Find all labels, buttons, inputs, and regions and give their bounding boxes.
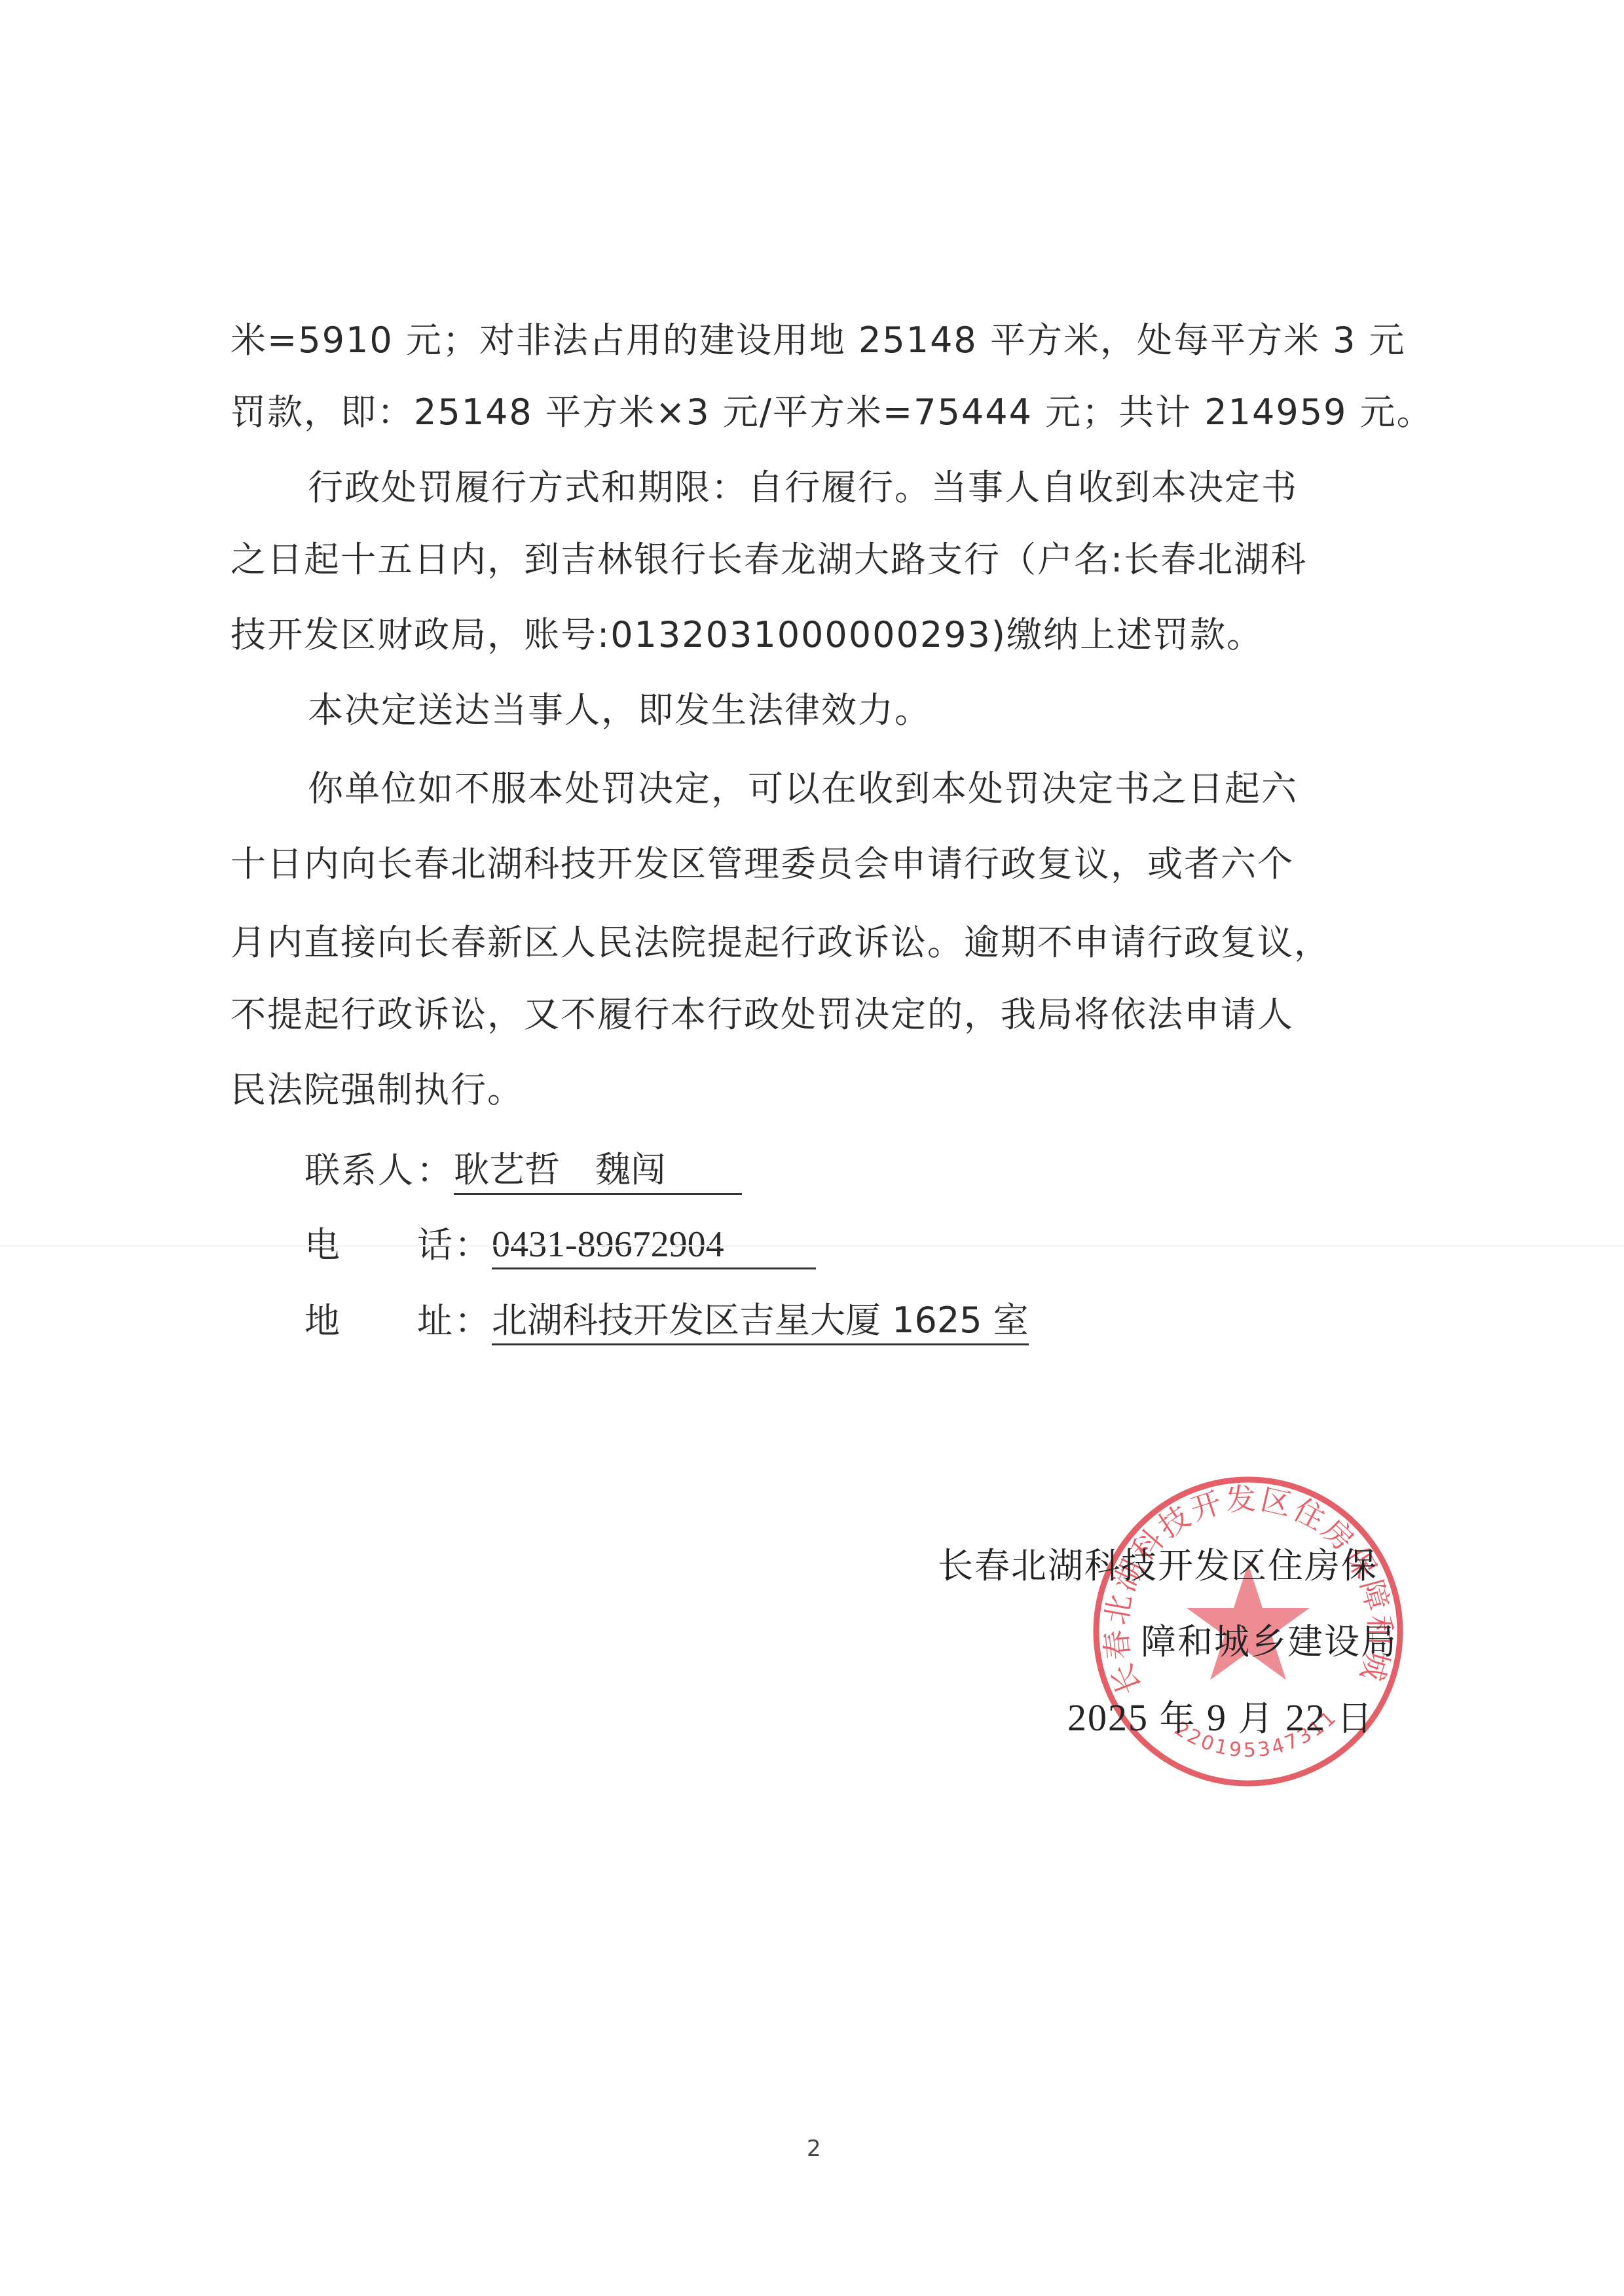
page-number: 2 (807, 2136, 821, 2162)
payment-paragraph-line-1: 行政处罚履行方式和期限：自行履行。当事人自收到本决定书 (308, 462, 1526, 514)
issue-date: 2025 年 9 月 22 日 (1067, 1692, 1374, 1745)
issuing-authority-line-1: 长春北湖科技开发区住房保 (938, 1540, 1378, 1592)
colon: ： (452, 1295, 492, 1347)
scan-artifact-line (0, 1245, 1624, 1247)
appeal-paragraph-line-2: 十日内向长春北湖科技开发区管理委员会申请行政复议，或者六个 (231, 838, 1449, 890)
contact-person-row: 联系人 ： 耿艺哲 魏闯 (304, 1144, 742, 1197)
date-year-unit: 年 (1160, 1698, 1196, 1739)
appeal-paragraph-line-5: 民法院强制执行。 (231, 1064, 1449, 1116)
contact-person-label: 联系人 (304, 1144, 415, 1197)
payment-paragraph-line-3: 技开发区财政局，账号:0132031000000293)缴纳上述罚款。 (231, 609, 1449, 661)
body-line-2: 罚款，即：25148 平方米×3 元/平方米=75444 元；共计 214959… (231, 386, 1449, 439)
body-line-1: 米=5910 元；对非法占用的建设用地 25148 平方米，处每平方米 3 元 (231, 314, 1449, 367)
contact-person-value: 耿艺哲 魏闯 (454, 1147, 742, 1195)
date-year: 2025 (1067, 1696, 1149, 1739)
payment-paragraph-line-2: 之日起十五日内，到吉林银行长春龙湖大路支行（户名:长春北湖科 (231, 534, 1449, 586)
date-month: 9 (1207, 1696, 1227, 1739)
date-day: 22 (1285, 1696, 1326, 1739)
date-month-unit: 月 (1238, 1698, 1275, 1739)
colon: ： (415, 1144, 454, 1197)
address-row: 地址 ： 北湖科技开发区吉星大厦 1625 室 (304, 1295, 1029, 1347)
document-page: 米=5910 元；对非法占用的建设用地 25148 平方米，处每平方米 3 元 … (0, 0, 1624, 2296)
issuing-authority-line-2: 障和城乡建设局 (1141, 1616, 1397, 1668)
effect-paragraph: 本决定送达当事人，即发生法律效力。 (308, 684, 1526, 737)
appeal-paragraph-line-4: 不提起行政诉讼，又不履行本行政处罚决定的，我局将依法申请人 (231, 989, 1449, 1041)
address-value: 北湖科技开发区吉星大厦 1625 室 (492, 1298, 1029, 1345)
date-day-unit: 日 (1337, 1698, 1374, 1739)
appeal-paragraph-line-1: 你单位如不服本处罚决定，可以在收到本处罚决定书之日起六 (308, 763, 1526, 815)
appeal-paragraph-line-3: 月内直接向长春新区人民法院提起行政诉讼。逾期不申请行政复议， (231, 917, 1449, 969)
